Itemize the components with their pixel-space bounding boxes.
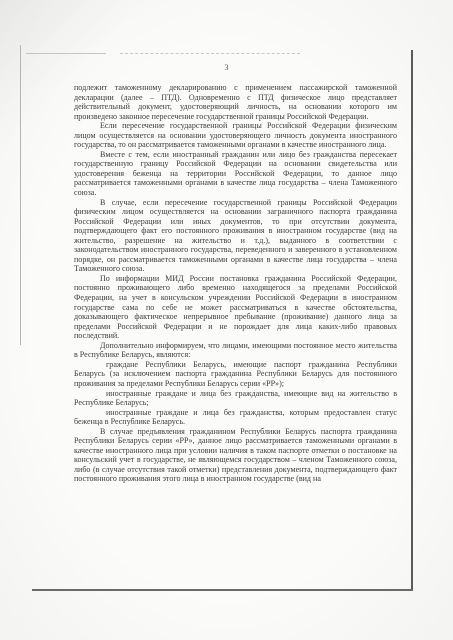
paragraph-foreign-passport: В случае, если пересечение государственн… [74,198,397,274]
paragraph-mfa-info: По информации МИД России постановка граж… [74,274,397,341]
frame-right-line [411,50,413,591]
paragraph-refugee-certificate: Вместе с тем, если иностранный гражданин… [74,150,397,198]
frame-top-line [26,53,106,54]
frame-bottom-line [32,589,413,591]
paragraph-pp-passport: В случае предъявления гражданином Респуб… [74,427,397,484]
document-body: подлежит таможенному декларированию с пр… [74,83,397,484]
frame-top-dashed-line [120,53,300,55]
paragraph-continuation: подлежит таможенному декларированию с пр… [74,83,397,121]
frame-left-line [20,45,21,345]
list-item-refugee-status: иностранные граждане и лица без гражданс… [74,408,397,427]
page-number: 3 [0,63,453,72]
paragraph-foreign-document: Если пересечение государственной границы… [74,121,397,150]
list-item-residence-permit: иностранные граждане и лица без гражданс… [74,389,397,408]
list-item-citizens: граждане Республики Беларусь, имеющие па… [74,360,397,389]
paragraph-additional-info: Дополнительно информируем, что лицами, и… [74,341,397,360]
